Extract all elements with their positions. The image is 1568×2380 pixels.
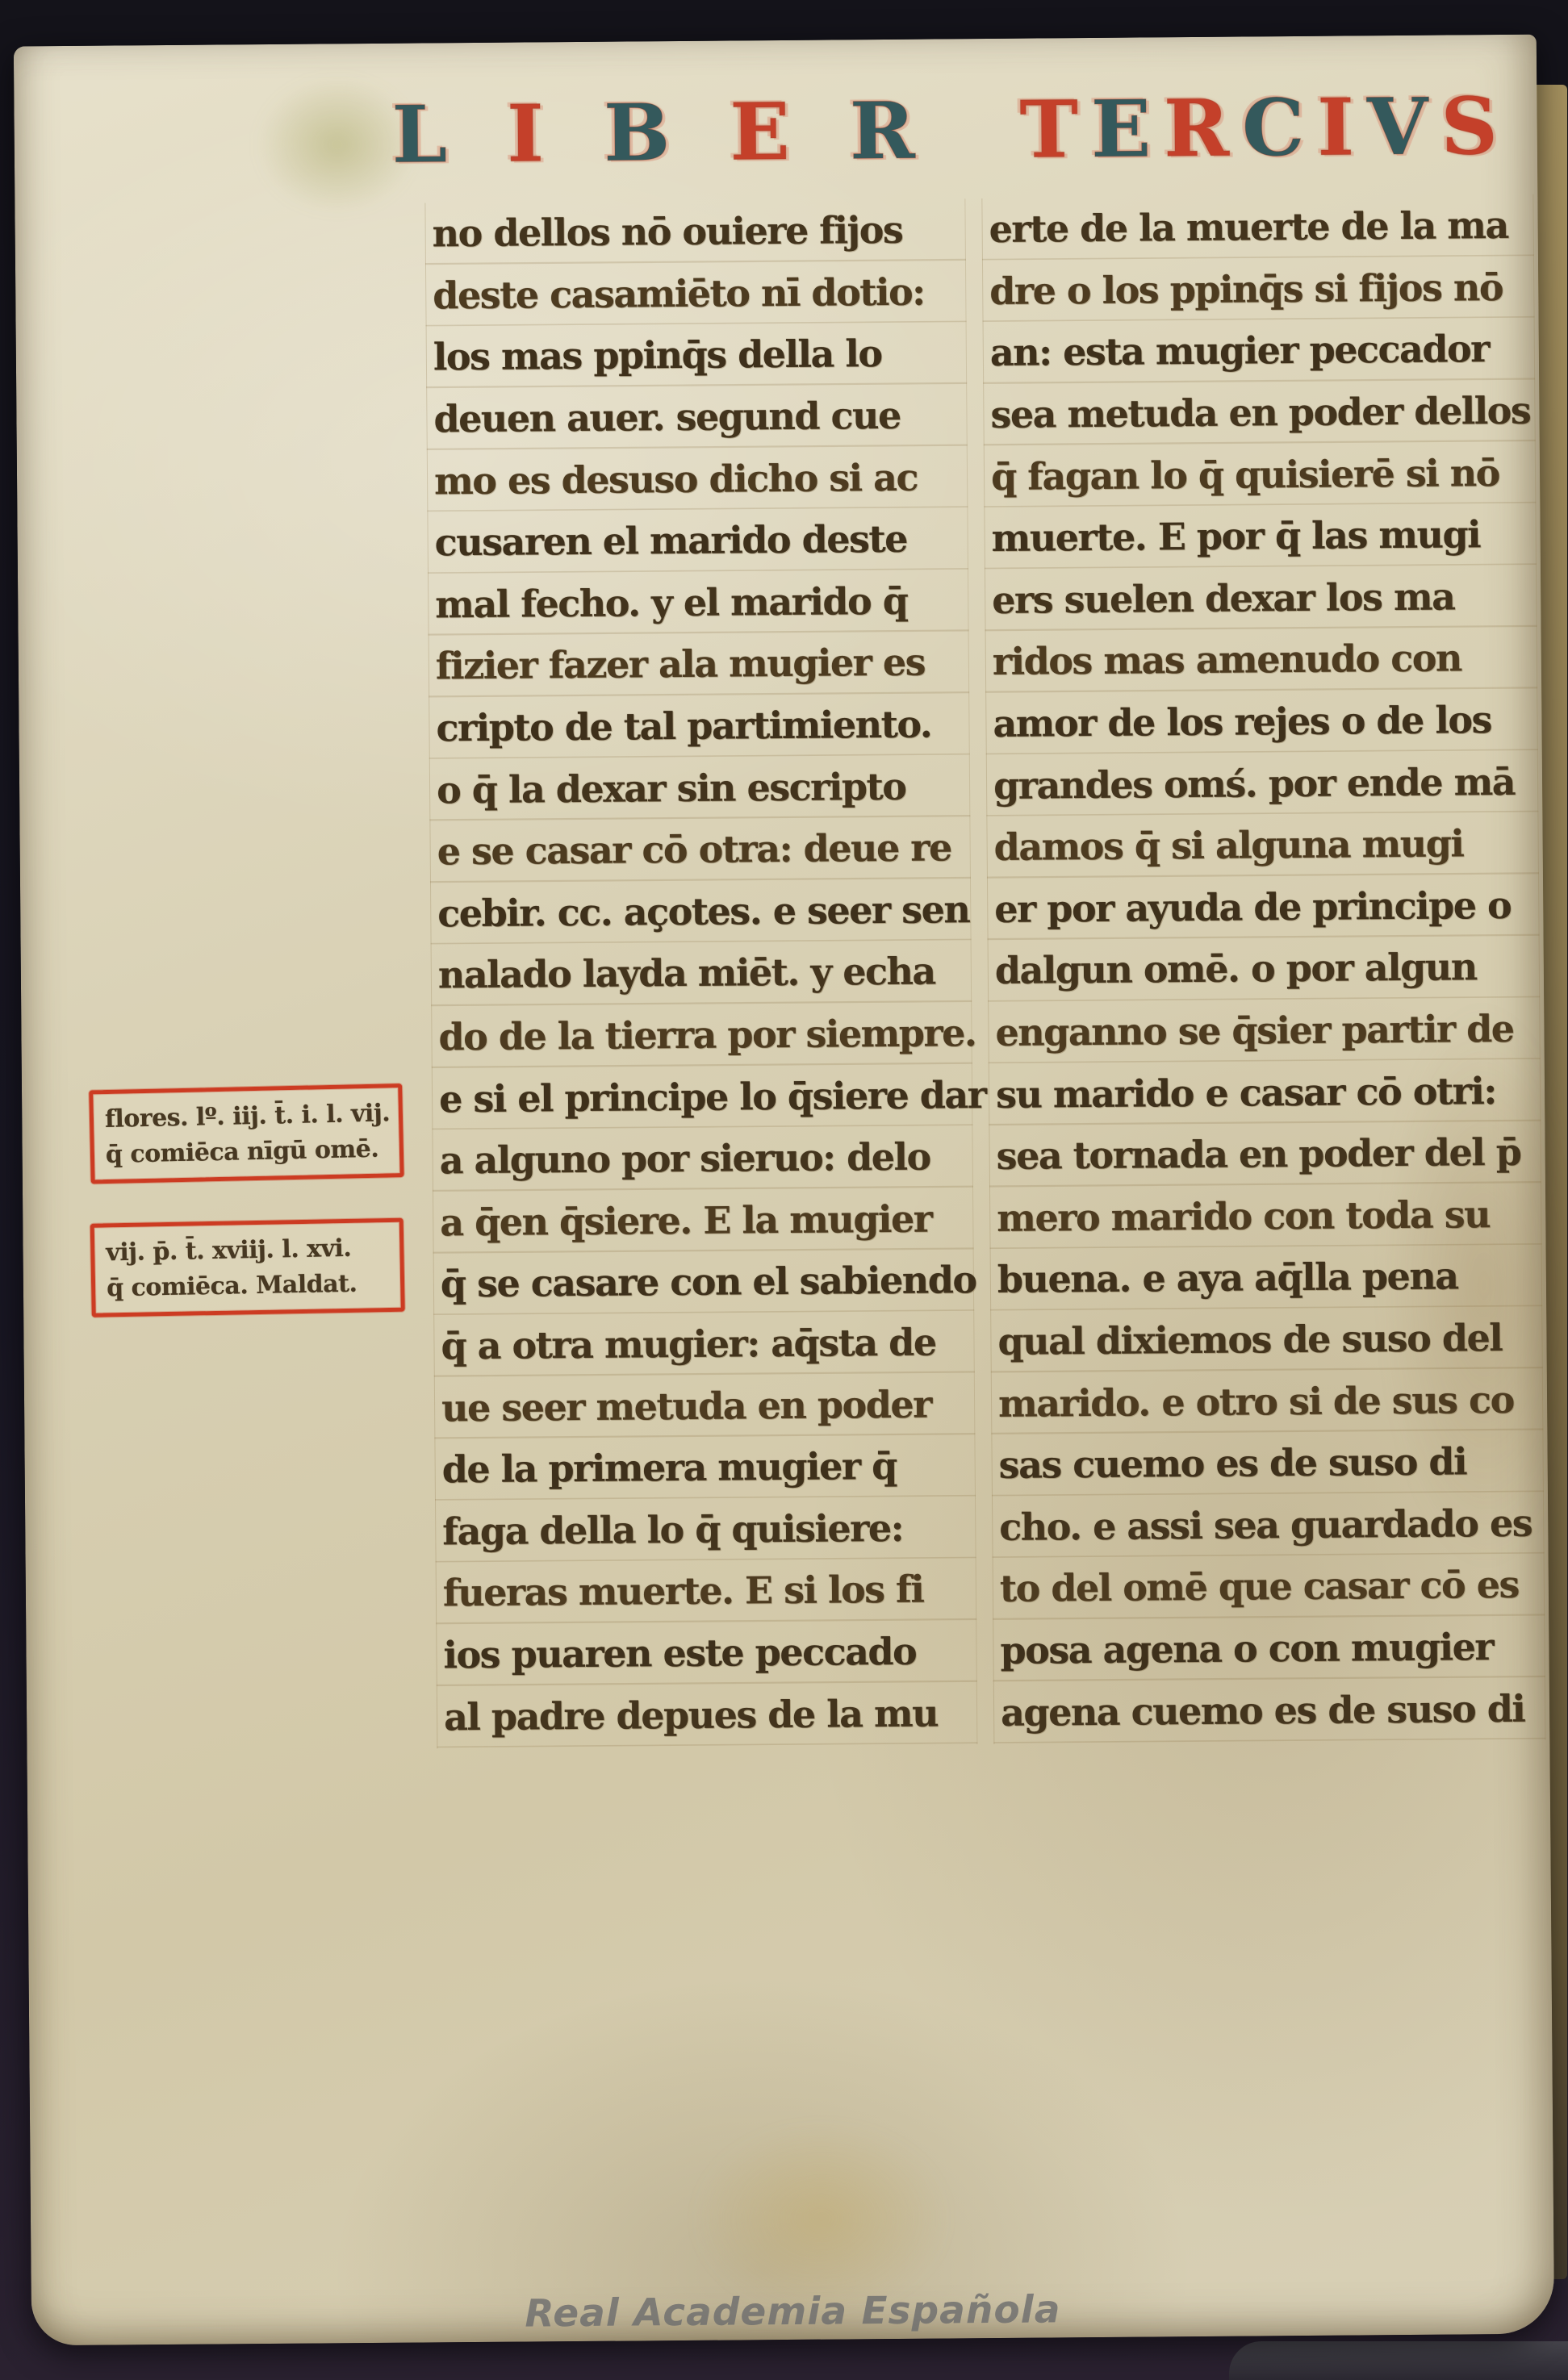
text-line: marido. e otro si de sus co xyxy=(992,1368,1543,1434)
text-line: o q̄ la dexar sin escripto xyxy=(430,755,970,821)
text-line: e si el principe lo q̄siere dar xyxy=(433,1063,972,1129)
margin-note-line: q̄ comiēca. Maldat. xyxy=(107,1266,391,1306)
illuminated-letter: S xyxy=(1440,87,1498,166)
text-line: al padre depues de la mu xyxy=(437,1681,977,1747)
text-line: de la primera mugier q̄ xyxy=(435,1434,975,1501)
text-line: mero marido con toda su xyxy=(990,1183,1541,1249)
text-line: fueras muerte. E si los fi xyxy=(437,1558,976,1624)
text-line: sea tornada en poder del p̄ xyxy=(989,1121,1541,1188)
page-title-tercius: TERCIVS xyxy=(1019,69,1498,169)
page-title-liber: LIBER xyxy=(391,73,915,174)
text-line: q̄ fagan lo q̄ quisierē si nō xyxy=(985,441,1536,507)
text-line: cho. e assi sea guardado es xyxy=(993,1492,1544,1558)
text-line: a q̄en q̄siere. E la mugier xyxy=(433,1188,973,1254)
text-line: buena. e aya aq̄lla pena xyxy=(991,1245,1542,1311)
text-line: deste casamiēto nī dotio: xyxy=(426,261,966,327)
text-line: grandes omś. por ende mā xyxy=(987,750,1538,816)
margin-note-line: vij. p̄. t̄. xviij. l. xvi. xyxy=(106,1230,391,1271)
parchment-stain xyxy=(692,2120,951,2316)
illuminated-letter: R xyxy=(1164,90,1229,169)
text-line: q̄ a otra mugier: aq̄sta de xyxy=(434,1311,974,1377)
text-line: dalgun omē. o por algun xyxy=(989,936,1540,1002)
illuminated-letter: E xyxy=(1091,90,1152,169)
right-text-column: erte de la muerte de la madre o los ppin… xyxy=(981,194,1545,1744)
text-line: do de la tierra por siempre. xyxy=(432,1002,972,1068)
text-line: a alguno por sieruo: delo xyxy=(433,1125,972,1192)
illuminated-letter: B xyxy=(604,94,671,173)
text-line: no dellos nō ouiere fijos xyxy=(425,198,965,265)
text-line: sas cuemo es de suso di xyxy=(992,1430,1543,1497)
illuminated-letter: I xyxy=(1317,88,1354,166)
text-line: ios puaren este peccado xyxy=(437,1620,976,1686)
text-line: amor de los rejes o de los xyxy=(986,688,1537,754)
text-line: damos q̄ si alguna mugi xyxy=(987,812,1538,879)
margin-note-line: flores. lº. iij. t̄. i. l. vij. xyxy=(105,1096,390,1138)
text-line: cripto de tal partimiento. xyxy=(429,693,969,759)
text-line: e se casar cō otra: deue re xyxy=(430,816,970,883)
text-line: los mas ppinq̄s della lo xyxy=(427,322,967,388)
illuminated-letter: C xyxy=(1242,89,1305,168)
text-line: posa agena o con mugier xyxy=(993,1615,1545,1681)
text-line: fizier fazer ala mugier es xyxy=(429,631,969,697)
margin-note: flores. lº. iij. t̄. i. l. vij.q̄ comiēc… xyxy=(89,1084,403,1184)
watermark: Real Academia Española xyxy=(31,2284,1554,2340)
illuminated-letter: T xyxy=(1019,90,1078,169)
text-line: muerte. E por q̄ las mugi xyxy=(985,503,1536,570)
text-line: an: esta mugier peccador xyxy=(984,318,1535,384)
margin-note-line: q̄ comiēca nīgū omē. xyxy=(105,1131,390,1173)
text-line: qual dixiemos de suso del xyxy=(991,1306,1542,1372)
text-line: er por ayuda de principe o xyxy=(988,874,1539,940)
illuminated-letter: L xyxy=(391,95,447,174)
text-line: to del omē que casar cō es xyxy=(993,1554,1545,1620)
margin-note: vij. p̄. t̄. xviij. l. xvi.q̄ comiēca. M… xyxy=(90,1218,405,1317)
text-line: erte de la muerte de la ma xyxy=(982,194,1533,261)
text-line: su marido e casar cō otri: xyxy=(989,1059,1541,1125)
illuminated-letter: E xyxy=(730,93,790,172)
left-text-column: no dellos nō ouiere fijosdeste casamiēto… xyxy=(424,198,977,1748)
manuscript-page: LIBER TERCIVS no dellos nō ouiere fijosd… xyxy=(14,35,1554,2346)
text-line: mal fecho. y el marido q̄ xyxy=(429,570,968,636)
text-line: dre o los ppinq̄s si fijos nō xyxy=(983,256,1534,322)
text-line: ue seer metuda en poder xyxy=(435,1372,975,1438)
book-cover-corner xyxy=(1229,2341,1568,2380)
text-line: cebir. cc. açotes. e seer sen xyxy=(431,879,971,945)
text-line: agena cuemo es de suso di xyxy=(994,1677,1545,1743)
illuminated-letter: I xyxy=(507,94,544,173)
text-line: ers suelen dexar los ma xyxy=(985,565,1537,631)
text-line: ridos mas amenudo con xyxy=(986,627,1537,693)
text-line: q̄ se casare con el sabiendo xyxy=(434,1249,974,1315)
text-line: deuen auer. segund cue xyxy=(427,384,967,450)
text-line: mo es desuso dicho si ac xyxy=(428,446,968,512)
illuminated-letter: V xyxy=(1367,88,1428,167)
text-line: faga della lo q̄ quisiere: xyxy=(436,1497,976,1563)
text-line: enganno se q̄sier partir de xyxy=(989,997,1540,1063)
text-line: sea metuda en poder dellos xyxy=(984,379,1535,445)
illuminated-letter: R xyxy=(850,92,915,171)
text-line: cusaren el marido deste xyxy=(428,507,968,574)
text-line: nalado layda miēt. y echa xyxy=(432,940,972,1006)
